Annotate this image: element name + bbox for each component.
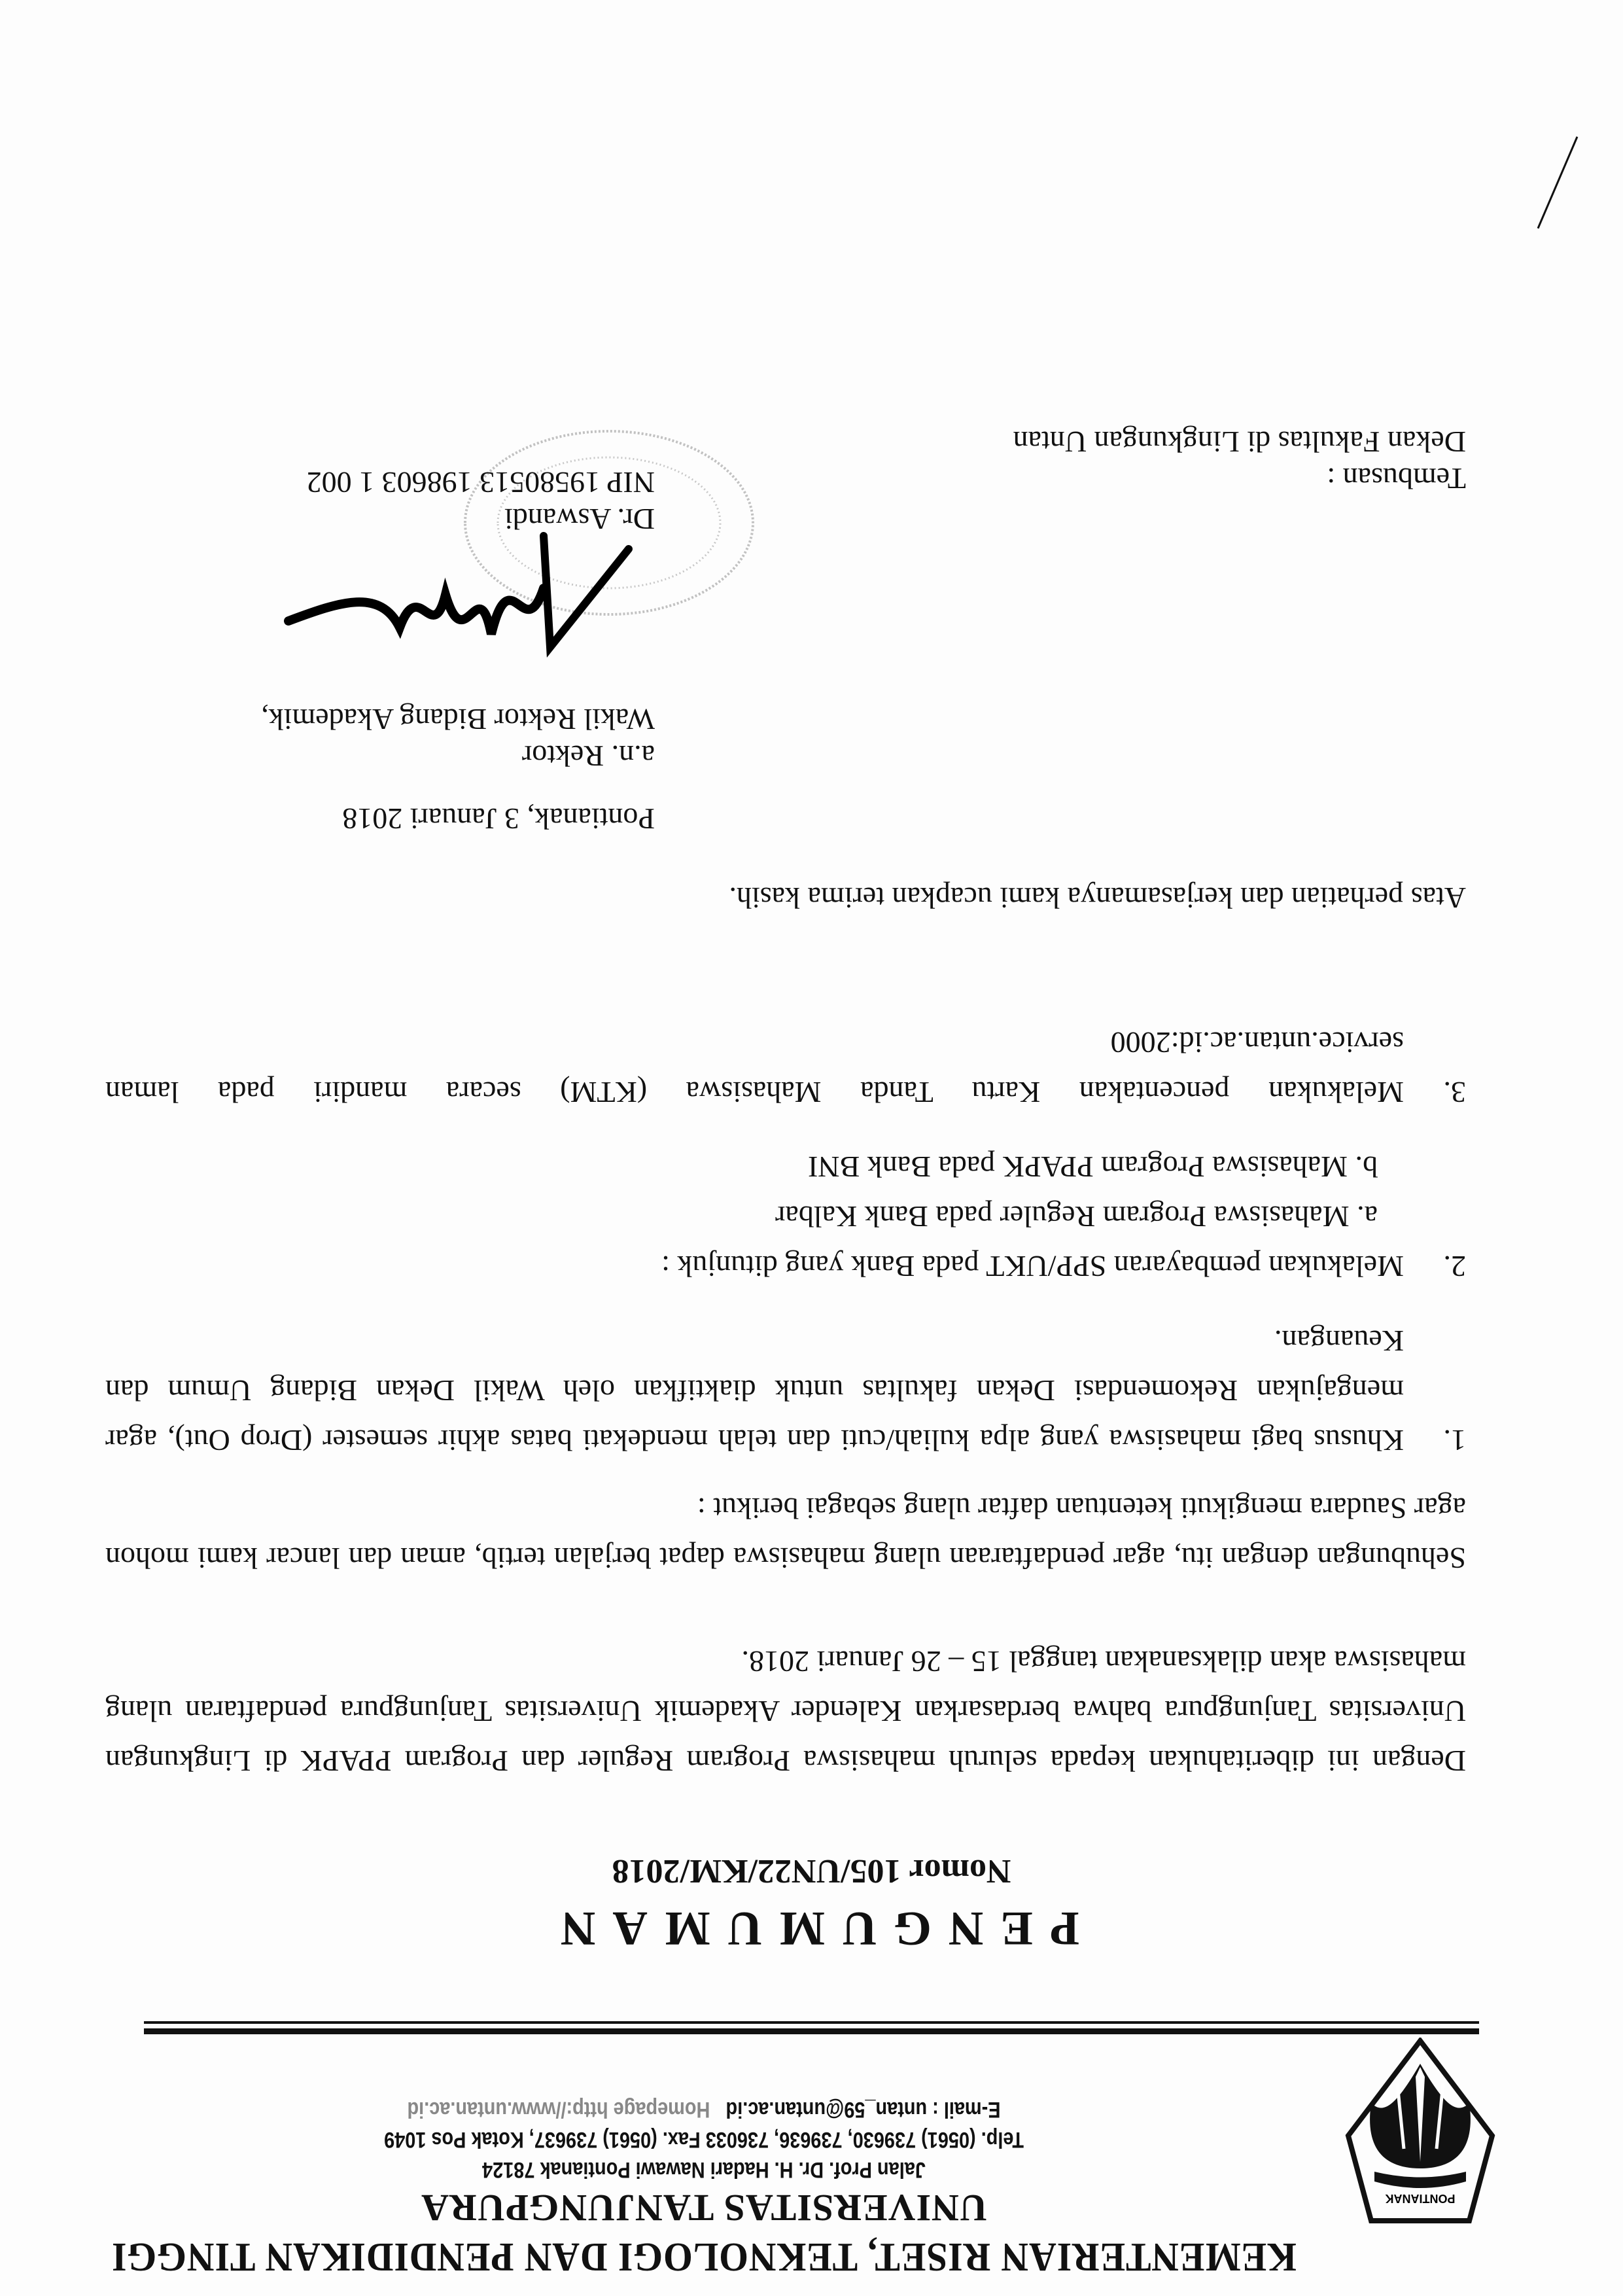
closing-sentence: Atas perhatian dan kerjasamanya kami uca…	[105, 881, 1466, 915]
letterhead-rule-thick	[144, 2028, 1479, 2034]
signer-position: Wakil Rektor Bidang Akademik,	[261, 701, 655, 737]
svg-text:PONTIANAK: PONTIANAK	[1386, 2192, 1456, 2205]
paragraph-intro: Dengan ini diberitahukan kepada seluruh …	[105, 1636, 1466, 1786]
cc-label: Tembusan :	[1013, 460, 1466, 497]
document-number: Nomor 105/UN22/KM/2018	[0, 1852, 1623, 1890]
university-name: UNIVERSITAS TANJUNGPURA	[66, 2185, 1342, 2231]
sub-item: a. Mahasiswa Program Reguler pada Bank K…	[105, 1192, 1404, 1241]
requirements-list: 1. Khusus bagi mahasiswa yang alpa kulia…	[105, 993, 1466, 1465]
contact-line: E-mail : untan_59@untan.ac.id Homepage h…	[162, 2094, 1246, 2125]
letterhead-text: KEMENTERIAN RISET, TEKNOLOGI DAN PENDIDI…	[66, 2094, 1342, 2283]
list-text: Khusus bagi mahasiswa yang alpa kuliah/c…	[105, 1324, 1404, 1457]
scanned-document-page: PONTIANAK KEMENTERIAN RISET, TEKNOLOGI D…	[0, 0, 1623, 2296]
homepage: Homepage http://www.untan.ac.id	[407, 2097, 710, 2122]
email: E-mail : untan_59@untan.ac.id	[726, 2097, 1001, 2122]
list-text: Melakukan pencentakan Kartu Tanda Mahasi…	[105, 1026, 1404, 1109]
signer-nip: NIP 19580513 198603 1 002	[261, 464, 655, 501]
list-number: 1.	[1444, 1415, 1467, 1465]
letterhead: PONTIANAK KEMENTERIAN RISET, TEKNOLOGI D…	[0, 1995, 1623, 2296]
university-crest-icon: PONTIANAK	[1345, 2038, 1495, 2234]
cc-recipient: Dekan Fakultas di Lingkungan Untan	[1013, 423, 1466, 460]
paragraph-request: Sehubungan dengan itu, agar pendaftaraan…	[105, 1483, 1466, 1583]
address: Jalan Prof. Dr. H. Hadari Nawawi Pontian…	[162, 2155, 1246, 2185]
cc-block: Tembusan : Dekan Fakultas di Lingkungan …	[1013, 423, 1466, 497]
list-number: 3.	[1444, 1067, 1467, 1117]
on-behalf: a.n. Rektor	[261, 737, 655, 774]
list-item: 1. Khusus bagi mahasiswa yang alpa kulia…	[105, 1316, 1466, 1465]
handwritten-signature-icon	[275, 516, 642, 686]
phone-fax: Telp. (0561) 739630, 739636, 736033 Fax.…	[162, 2125, 1246, 2155]
document-title: PENGUMUMAN	[0, 1900, 1623, 1956]
sub-item: b. Mahasiswa Program PPAPK pada Bank BNI	[105, 1142, 1404, 1192]
ministry-name: KEMENTERIAN RISET, TEKNOLOGI DAN PENDIDI…	[111, 2231, 1297, 2283]
place-date: Pontianak, 3 Januari 2018	[261, 800, 655, 837]
list-item: 2. Melakukan pembayaran SPP/UKT pada Ban…	[105, 1142, 1466, 1291]
pen-mark-icon	[1492, 104, 1623, 235]
list-number: 2.	[1444, 1241, 1467, 1291]
list-item: 3. Melakukan pencentakan Kartu Tanda Mah…	[105, 1017, 1466, 1117]
letterhead-rule-thin	[144, 2021, 1479, 2024]
list-text: Melakukan pembayaran SPP/UKT pada Bank y…	[105, 1241, 1404, 1291]
